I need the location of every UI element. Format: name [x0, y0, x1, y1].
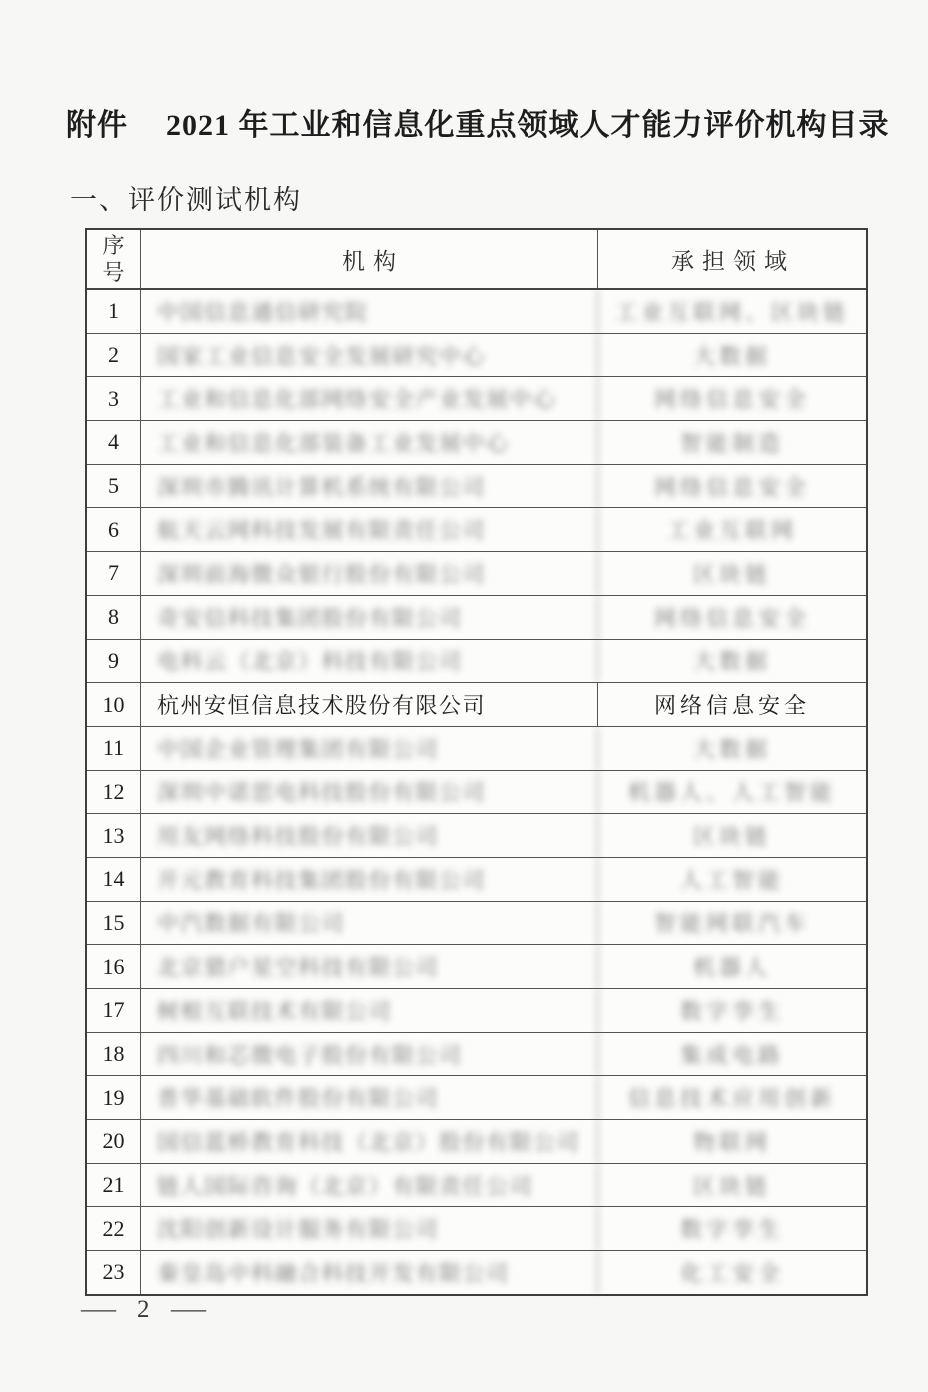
document-page: 附件2021 年工业和信息化重点领域人才能力评价机构目录 一、评价测试机构 序号…: [0, 0, 928, 1392]
row-field: 网络信息安全: [598, 377, 866, 420]
table-row: 9 电科云（北京）科技有限公司 大数据: [87, 640, 866, 684]
row-index: 7: [87, 552, 141, 595]
table-body: 1 中国信息通信研究院 工业互联网、区块链 2 国家工业信息安全发展研究中心 大…: [87, 290, 866, 1294]
footer-right-dash: —: [171, 1296, 206, 1324]
row-field: 网络信息安全: [598, 683, 866, 726]
row-field: 工业互联网、区块链: [598, 290, 866, 333]
row-organization: 秦皇岛中科融合科技开发有限公司: [141, 1251, 598, 1294]
row-organization: 链人国际咨询（北京）有限责任公司: [141, 1164, 598, 1207]
row-organization: 国家工业信息安全发展研究中心: [141, 334, 598, 377]
row-organization: 沈阳创新设计服务有限公司: [141, 1207, 598, 1250]
row-index: 15: [87, 902, 141, 945]
attachment-label: 附件: [66, 109, 128, 142]
row-index: 4: [87, 421, 141, 464]
row-organization: 工业和信息化部装备工业发展中心: [141, 421, 598, 464]
row-index: 1: [87, 290, 141, 333]
table-row: 13 用友网络科技股份有限公司 区块链: [87, 814, 866, 858]
row-index: 6: [87, 508, 141, 551]
table-row: 17 树根互联技术有限公司 数字孪生: [87, 989, 866, 1033]
row-organization: 杭州安恒信息技术股份有限公司: [141, 683, 598, 726]
row-index: 20: [87, 1120, 141, 1163]
title-text: 2021 年工业和信息化重点领域人才能力评价机构目录: [166, 109, 890, 142]
row-index: 3: [87, 377, 141, 420]
row-index: 22: [87, 1207, 141, 1250]
section-heading: 一、评价测试机构: [70, 178, 302, 217]
table-row: 5 深圳市腾讯计算机系统有限公司 网络信息安全: [87, 465, 866, 509]
row-index: 11: [87, 727, 141, 770]
row-organization: 深圳前海微众银行股份有限公司: [141, 552, 598, 595]
table-row: 15 中汽数据有限公司 智能网联汽车: [87, 902, 866, 946]
row-organization: 深圳市腾讯计算机系统有限公司: [141, 465, 598, 508]
row-index: 19: [87, 1076, 141, 1119]
table-row: 22 沈阳创新设计服务有限公司 数字孪生: [87, 1207, 866, 1251]
row-field: 化工安全: [598, 1251, 866, 1294]
row-organization: 电科云（北京）科技有限公司: [141, 640, 598, 683]
row-field: 网络信息安全: [598, 596, 866, 639]
table-row: 3 工业和信息化部网络安全产业发展中心 网络信息安全: [87, 377, 866, 421]
table-row: 14 开元教育科技集团股份有限公司 人工智能: [87, 858, 866, 902]
row-organization: 中汽数据有限公司: [141, 902, 598, 945]
row-field: 大数据: [598, 727, 866, 770]
table-row: 6 航天云网科技发展有限责任公司 工业互联网: [87, 508, 866, 552]
row-field: 区块链: [598, 814, 866, 857]
row-field: 机器人: [598, 945, 866, 988]
row-field: 智能网联汽车: [598, 902, 866, 945]
evaluation-institutions-table: 序号 机构 承担领域 1 中国信息通信研究院 工业互联网、区块链 2 国家工业信…: [85, 228, 868, 1296]
row-field: 数字孪生: [598, 1207, 866, 1250]
row-field: 网络信息安全: [598, 465, 866, 508]
table-row: 18 四川和芯微电子股份有限公司 集成电路: [87, 1033, 866, 1077]
row-index: 21: [87, 1164, 141, 1207]
row-field: 机器人、人工智能: [598, 771, 866, 814]
row-field: 人工智能: [598, 858, 866, 901]
footer-left-dash: —: [81, 1296, 116, 1324]
table-row: 1 中国信息通信研究院 工业互联网、区块链: [87, 290, 866, 334]
table-row: 8 奇安信科技集团股份有限公司 网络信息安全: [87, 596, 866, 640]
row-field: 区块链: [598, 1164, 866, 1207]
header-index: 序号: [87, 230, 141, 288]
table-header-row: 序号 机构 承担领域: [87, 230, 866, 290]
table-row: 7 深圳前海微众银行股份有限公司 区块链: [87, 552, 866, 596]
page-number: 2: [137, 1296, 150, 1324]
row-index: 2: [87, 334, 141, 377]
row-organization: 开元教育科技集团股份有限公司: [141, 858, 598, 901]
row-organization: 用友网络科技股份有限公司: [141, 814, 598, 857]
row-index: 9: [87, 640, 141, 683]
table-row: 21 链人国际咨询（北京）有限责任公司 区块链: [87, 1164, 866, 1208]
row-index: 23: [87, 1251, 141, 1294]
table-row: 11 中国企业管理集团有限公司 大数据: [87, 727, 866, 771]
table-row: 19 普华基础软件股份有限公司 信息技术应用创新: [87, 1076, 866, 1120]
row-field: 大数据: [598, 640, 866, 683]
table-row: 20 国信蓝桥教育科技（北京）股份有限公司 物联网: [87, 1120, 866, 1164]
page-title: 附件2021 年工业和信息化重点领域人才能力评价机构目录: [66, 100, 866, 144]
row-organization: 四川和芯微电子股份有限公司: [141, 1033, 598, 1076]
header-organization: 机构: [141, 230, 598, 288]
row-field: 物联网: [598, 1120, 866, 1163]
row-organization: 工业和信息化部网络安全产业发展中心: [141, 377, 598, 420]
row-index: 14: [87, 858, 141, 901]
row-organization: 深圳中诺思电科技股份有限公司: [141, 771, 598, 814]
row-index: 5: [87, 465, 141, 508]
row-organization: 奇安信科技集团股份有限公司: [141, 596, 598, 639]
row-field: 智能制造: [598, 421, 866, 464]
row-index: 10: [87, 683, 141, 726]
row-field: 大数据: [598, 334, 866, 377]
row-organization: 中国信息通信研究院: [141, 290, 598, 333]
page-footer: — 2 —: [86, 1296, 201, 1324]
row-index: 13: [87, 814, 141, 857]
row-field: 信息技术应用创新: [598, 1076, 866, 1119]
row-field: 数字孪生: [598, 989, 866, 1032]
row-organization: 国信蓝桥教育科技（北京）股份有限公司: [141, 1120, 598, 1163]
row-organization: 树根互联技术有限公司: [141, 989, 598, 1032]
row-organization: 航天云网科技发展有限责任公司: [141, 508, 598, 551]
row-index: 16: [87, 945, 141, 988]
row-organization: 中国企业管理集团有限公司: [141, 727, 598, 770]
table-row: 23 秦皇岛中科融合科技开发有限公司 化工安全: [87, 1251, 866, 1294]
row-organization: 普华基础软件股份有限公司: [141, 1076, 598, 1119]
table-row: 2 国家工业信息安全发展研究中心 大数据: [87, 334, 866, 378]
row-organization: 北京猎户星空科技有限公司: [141, 945, 598, 988]
header-field: 承担领域: [598, 230, 866, 288]
table-row: 4 工业和信息化部装备工业发展中心 智能制造: [87, 421, 866, 465]
row-index: 18: [87, 1033, 141, 1076]
table-row: 12 深圳中诺思电科技股份有限公司 机器人、人工智能: [87, 771, 866, 815]
row-field: 工业互联网: [598, 508, 866, 551]
row-index: 8: [87, 596, 141, 639]
table-row: 10 杭州安恒信息技术股份有限公司 网络信息安全: [87, 683, 866, 727]
row-field: 集成电路: [598, 1033, 866, 1076]
row-index: 17: [87, 989, 141, 1032]
row-field: 区块链: [598, 552, 866, 595]
table-row: 16 北京猎户星空科技有限公司 机器人: [87, 945, 866, 989]
row-index: 12: [87, 771, 141, 814]
